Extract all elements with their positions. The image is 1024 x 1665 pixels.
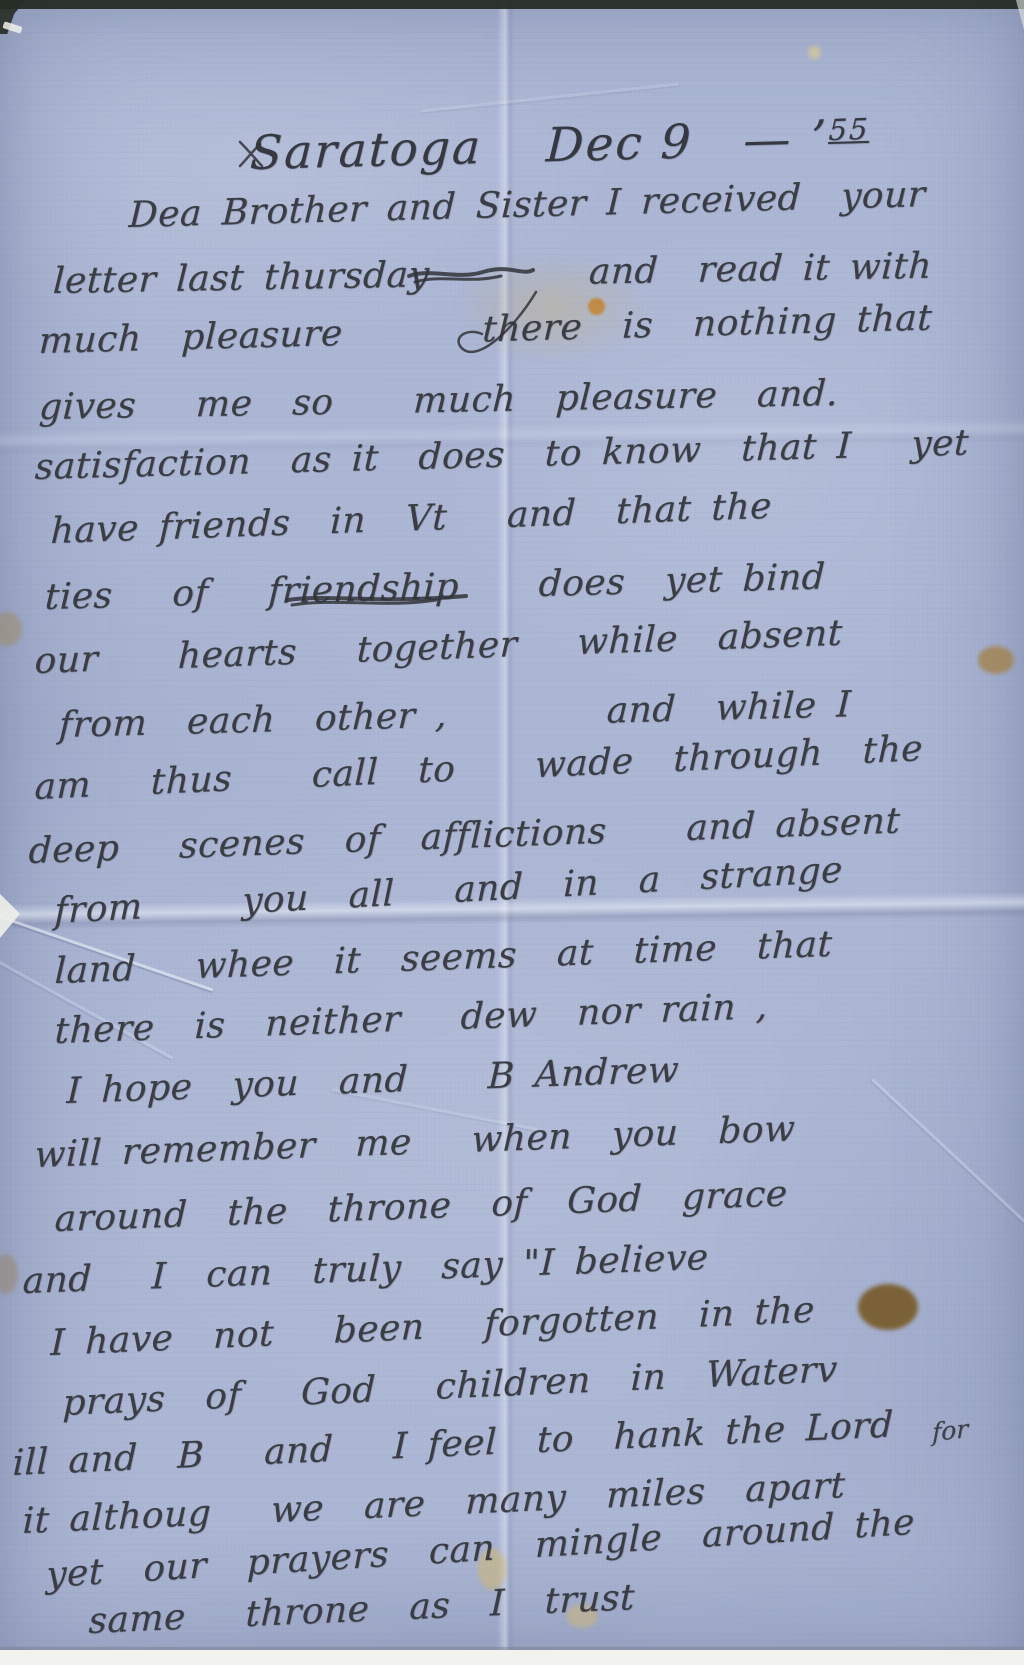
scan-edge-top	[0, 0, 1024, 9]
letter-scan: SaratogaDec 9 — ʼ55 Dea Brother and Sist…	[0, 0, 1024, 1665]
letter-date-year: 55	[828, 112, 870, 147]
ink-descender-loop	[452, 288, 542, 374]
scan-edge-bottom	[0, 1650, 1024, 1665]
ink-flourish-mark	[236, 136, 266, 170]
letter-place: Saratoga	[249, 120, 483, 181]
superscript-insertion: for	[932, 1414, 968, 1447]
letter-date: Dec 9 — ʼ	[545, 111, 828, 173]
ink-strikethrough-friendship	[286, 588, 470, 610]
ink-scribble-after-thursday	[405, 262, 537, 288]
